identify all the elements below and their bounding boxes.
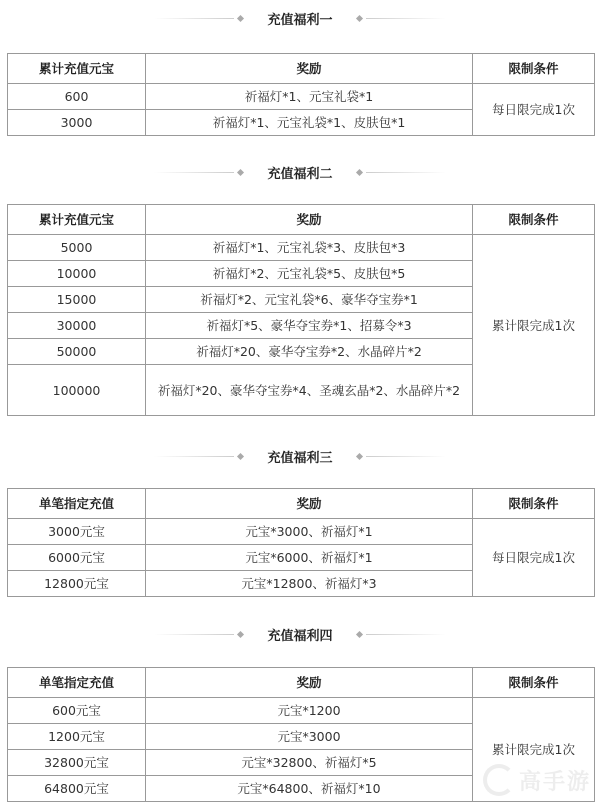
- amount-cell: 10000: [8, 261, 146, 287]
- table-row: 600 祈福灯*1、元宝礼袋*1 每日限完成1次: [8, 84, 595, 110]
- amount-cell: 600元宝: [8, 698, 146, 724]
- reward-cell: 元宝*1200: [146, 698, 473, 724]
- diamond-icon: [355, 630, 362, 637]
- reward-cell: 元宝*32800、祈福灯*5: [146, 750, 473, 776]
- header-amount: 单笔指定充值: [8, 489, 146, 519]
- section-title-4: 充值福利四: [0, 624, 600, 644]
- reward-cell: 元宝*3000、祈福灯*1: [146, 519, 473, 545]
- reward-table-2: 累计充值元宝 奖励 限制条件 5000 祈福灯*1、元宝礼袋*3、皮肤包*3 累…: [7, 204, 595, 416]
- diamond-icon: [237, 168, 244, 175]
- amount-cell: 1200元宝: [8, 724, 146, 750]
- section-heading: 充值福利四: [267, 625, 332, 644]
- reward-table-1: 累计充值元宝 奖励 限制条件 600 祈福灯*1、元宝礼袋*1 每日限完成1次 …: [7, 53, 595, 136]
- divider: [366, 456, 446, 457]
- watermark-logo: 高手游: [483, 758, 595, 802]
- reward-cell: 元宝*3000: [146, 724, 473, 750]
- reward-cell: 祈福灯*1、元宝礼袋*1: [146, 84, 473, 110]
- section-heading: 充值福利三: [267, 447, 332, 466]
- divider: [154, 18, 234, 19]
- limit-cell: 每日限完成1次: [473, 519, 595, 597]
- header-amount: 累计充值元宝: [8, 54, 146, 84]
- amount-cell: 600: [8, 84, 146, 110]
- amount-cell: 6000元宝: [8, 545, 146, 571]
- section-title-3: 充值福利三: [0, 446, 600, 466]
- table-header-row: 单笔指定充值 奖励 限制条件: [8, 489, 595, 519]
- divider: [366, 634, 446, 635]
- diamond-icon: [237, 14, 244, 21]
- reward-table-3: 单笔指定充值 奖励 限制条件 3000元宝 元宝*3000、祈福灯*1 每日限完…: [7, 488, 595, 597]
- header-limit: 限制条件: [473, 489, 595, 519]
- reward-cell: 元宝*64800、祈福灯*10: [146, 776, 473, 802]
- reward-cell: 祈福灯*20、豪华夺宝券*4、圣魂玄晶*2、水晶碎片*2: [146, 365, 473, 416]
- header-limit: 限制条件: [473, 668, 595, 698]
- reward-cell: 祈福灯*20、豪华夺宝券*2、水晶碎片*2: [146, 339, 473, 365]
- header-reward: 奖励: [146, 205, 473, 235]
- reward-cell: 祈福灯*1、元宝礼袋*3、皮肤包*3: [146, 235, 473, 261]
- diamond-icon: [355, 452, 362, 459]
- reward-cell: 祈福灯*1、元宝礼袋*1、皮肤包*1: [146, 110, 473, 136]
- logo-icon: [483, 764, 515, 796]
- amount-cell: 3000: [8, 110, 146, 136]
- reward-cell: 祈福灯*2、元宝礼袋*6、豪华夺宝券*1: [146, 287, 473, 313]
- limit-cell: 累计限完成1次: [473, 235, 595, 416]
- divider: [154, 634, 234, 635]
- section-heading: 充值福利一: [267, 9, 332, 28]
- divider: [154, 456, 234, 457]
- table-row: 5000 祈福灯*1、元宝礼袋*3、皮肤包*3 累计限完成1次: [8, 235, 595, 261]
- amount-cell: 15000: [8, 287, 146, 313]
- table-row: 3000元宝 元宝*3000、祈福灯*1 每日限完成1次: [8, 519, 595, 545]
- amount-cell: 100000: [8, 365, 146, 416]
- limit-cell: 每日限完成1次: [473, 84, 595, 136]
- diamond-icon: [355, 168, 362, 175]
- amount-cell: 12800元宝: [8, 571, 146, 597]
- header-limit: 限制条件: [473, 54, 595, 84]
- amount-cell: 30000: [8, 313, 146, 339]
- amount-cell: 32800元宝: [8, 750, 146, 776]
- header-amount: 累计充值元宝: [8, 205, 146, 235]
- divider: [154, 172, 234, 173]
- diamond-icon: [237, 630, 244, 637]
- header-reward: 奖励: [146, 489, 473, 519]
- watermark-text: 高手游: [519, 765, 591, 796]
- reward-cell: 元宝*12800、祈福灯*3: [146, 571, 473, 597]
- reward-cell: 祈福灯*2、元宝礼袋*5、皮肤包*5: [146, 261, 473, 287]
- divider: [366, 172, 446, 173]
- amount-cell: 50000: [8, 339, 146, 365]
- table-header-row: 单笔指定充值 奖励 限制条件: [8, 668, 595, 698]
- header-reward: 奖励: [146, 668, 473, 698]
- amount-cell: 3000元宝: [8, 519, 146, 545]
- diamond-icon: [237, 452, 244, 459]
- header-reward: 奖励: [146, 54, 473, 84]
- amount-cell: 64800元宝: [8, 776, 146, 802]
- divider: [366, 18, 446, 19]
- header-amount: 单笔指定充值: [8, 668, 146, 698]
- section-title-1: 充值福利一: [0, 8, 600, 28]
- reward-cell: 祈福灯*5、豪华夺宝券*1、招募令*3: [146, 313, 473, 339]
- amount-cell: 5000: [8, 235, 146, 261]
- section-title-2: 充值福利二: [0, 162, 600, 182]
- table-row: 600元宝 元宝*1200 累计限完成1次: [8, 698, 595, 724]
- header-limit: 限制条件: [473, 205, 595, 235]
- section-heading: 充值福利二: [267, 163, 332, 182]
- diamond-icon: [355, 14, 362, 21]
- table-header-row: 累计充值元宝 奖励 限制条件: [8, 54, 595, 84]
- reward-cell: 元宝*6000、祈福灯*1: [146, 545, 473, 571]
- table-header-row: 累计充值元宝 奖励 限制条件: [8, 205, 595, 235]
